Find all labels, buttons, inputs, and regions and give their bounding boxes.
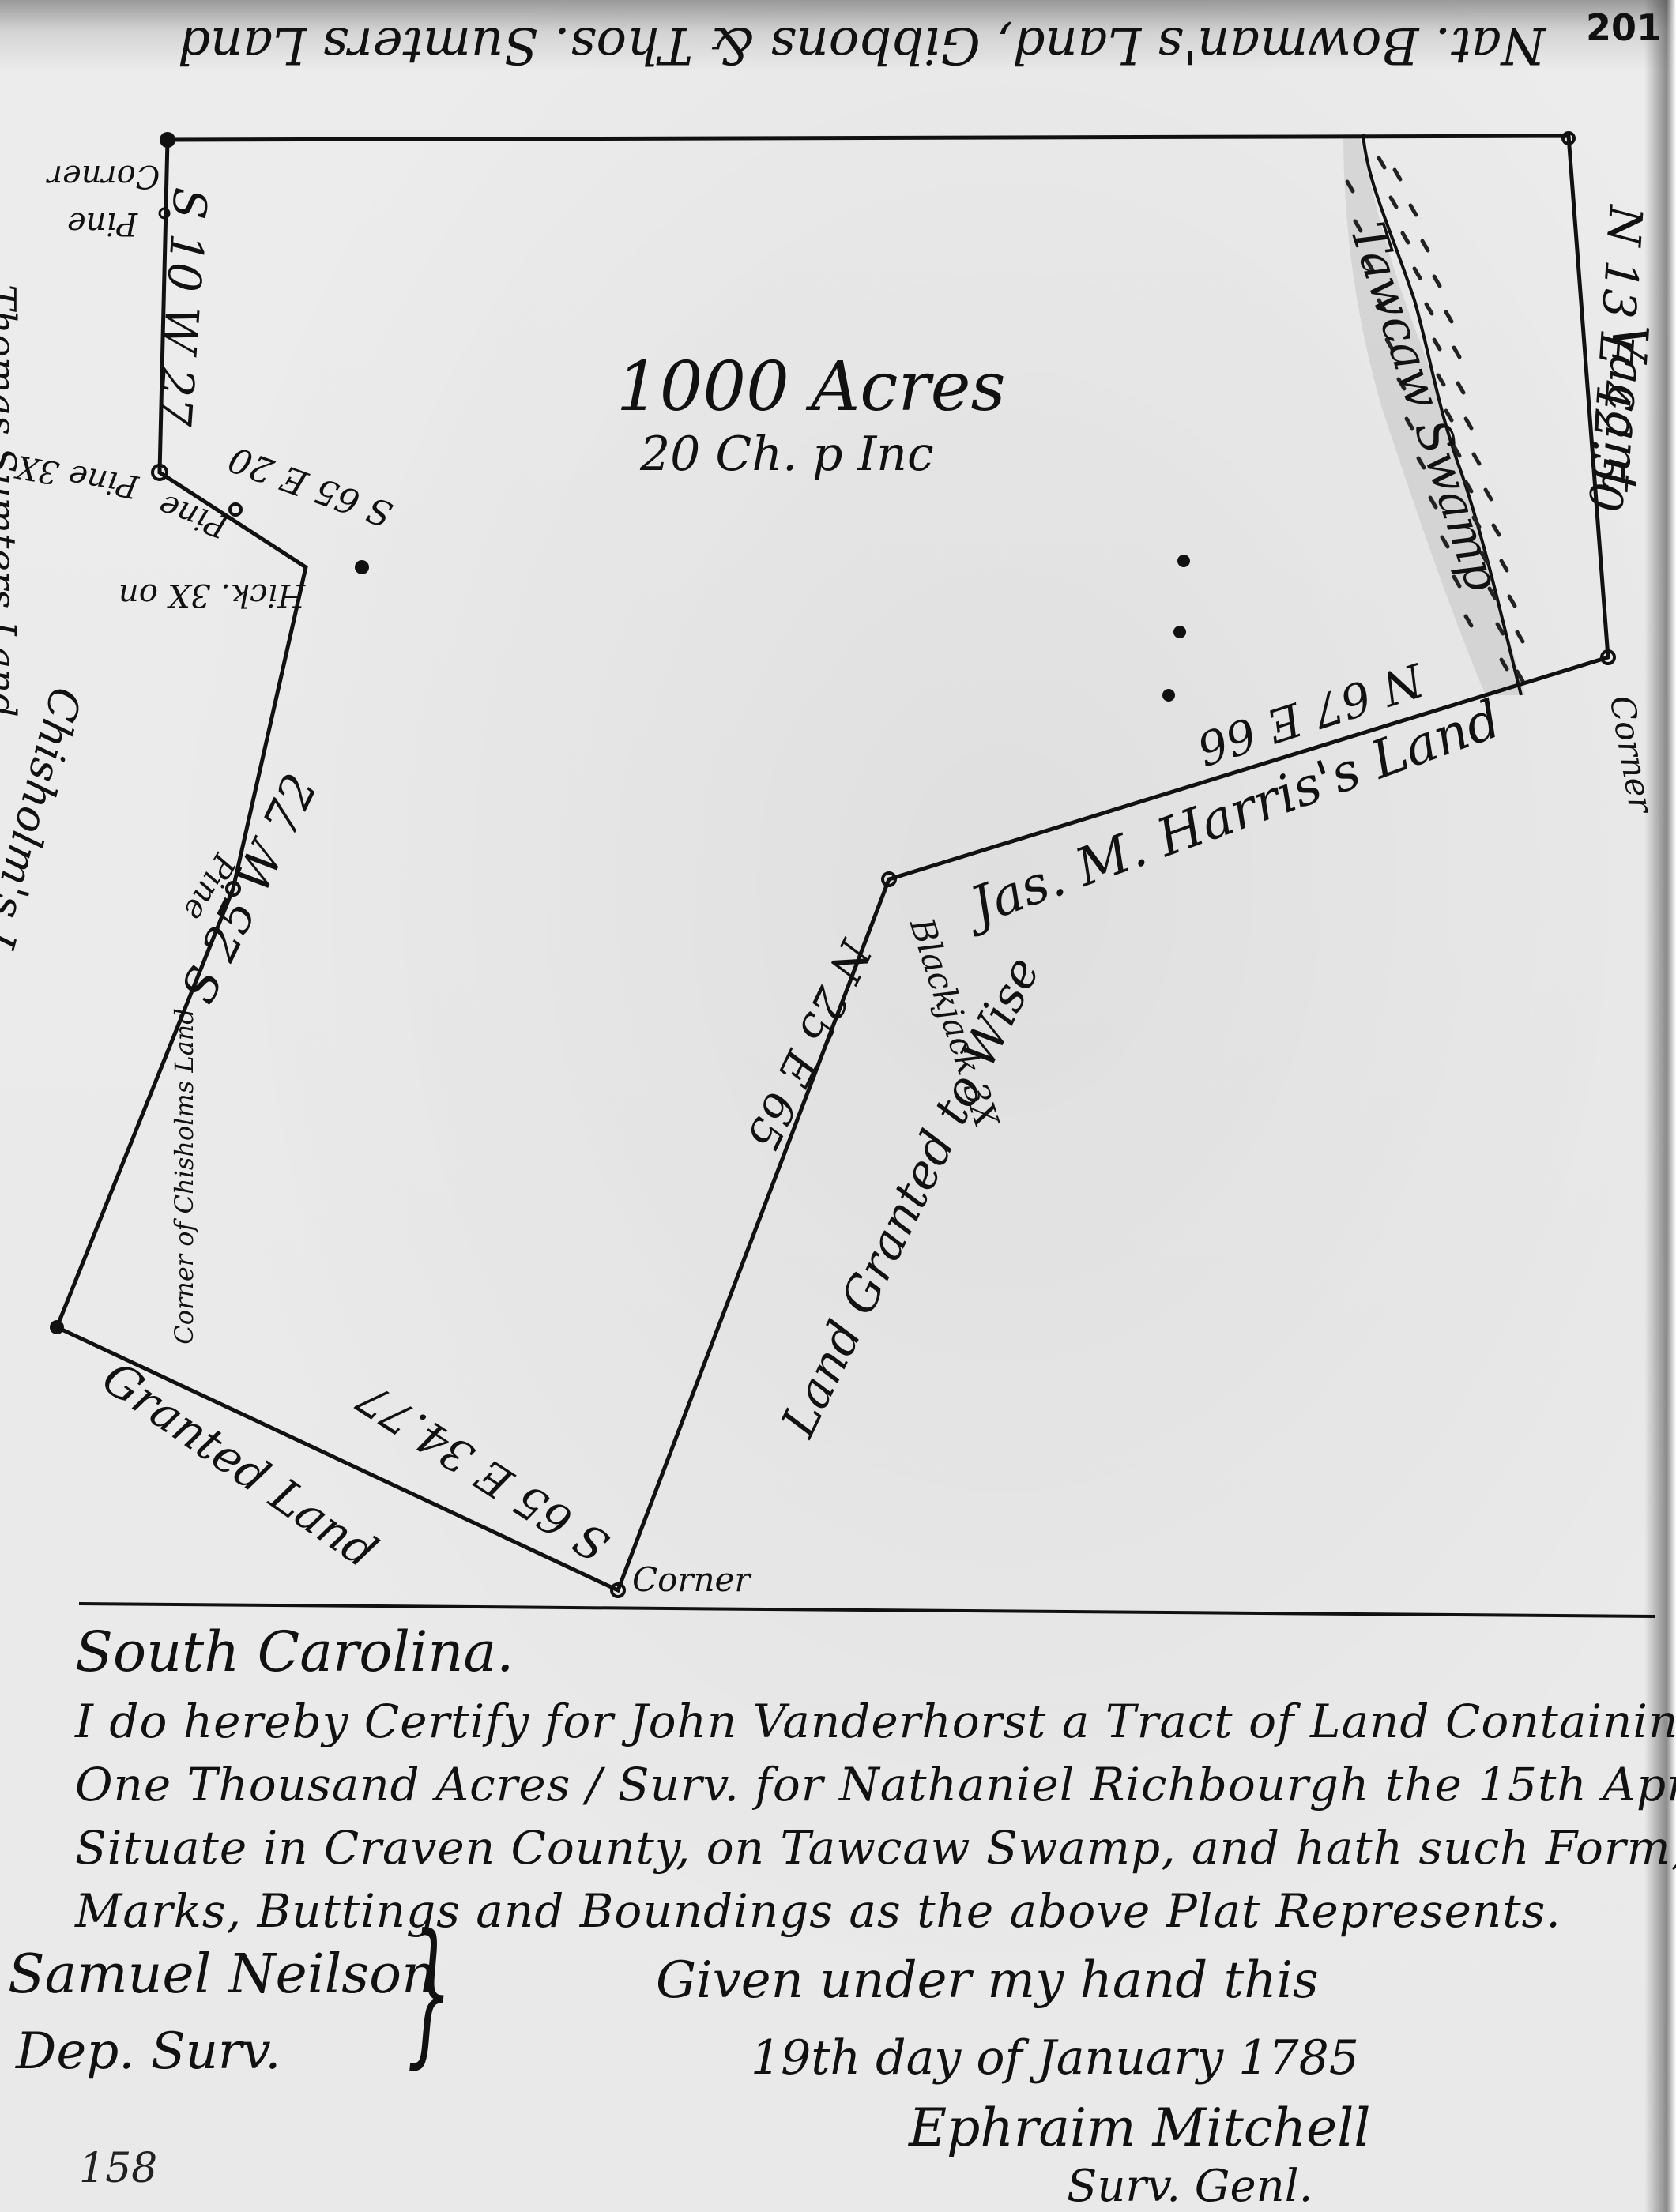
plat-bottom-rule bbox=[79, 1604, 1655, 1616]
page-number-bottom: 158 bbox=[79, 2145, 157, 2192]
given-under-hand: Given under my hand this bbox=[656, 1951, 1319, 2010]
surveyor-general-title: Surv. Genl. bbox=[1067, 2161, 1313, 2212]
surveyor-general-name: Ephraim Mitchell bbox=[909, 2097, 1370, 2158]
corner-marker-top-left bbox=[160, 132, 175, 148]
corner-marker-hickory bbox=[355, 560, 369, 574]
corner-label-pine-top: Pine bbox=[67, 205, 137, 242]
ink-dots bbox=[1162, 555, 1190, 702]
corner-label-bottom: Corner bbox=[632, 1560, 750, 1599]
plat-scale-label: 20 Ch. p Inc bbox=[640, 427, 934, 482]
neighbor-right-top-label: Vacant bbox=[1590, 322, 1659, 494]
document-page: 201 bbox=[0, 0, 1676, 2212]
neighbor-left-top-label: Thomas Sumters Land bbox=[0, 284, 24, 717]
corner-marker-chisholm bbox=[50, 1320, 64, 1334]
signature-brace-icon: } bbox=[407, 1902, 452, 2084]
certificate-line-3: Situate in Craven County, on Tawcaw Swam… bbox=[75, 1821, 1676, 1875]
corner-label-hickory: Hick. 3X on bbox=[119, 577, 305, 613]
certificate-line-4: Marks, Buttings and Boundings as the abo… bbox=[75, 1884, 1561, 1938]
corner-label-top-left: Corner bbox=[47, 158, 160, 194]
given-date: 19th day of January 1785 bbox=[751, 2030, 1359, 2086]
certificate-line-2: One Thousand Acres / Surv. for Nathaniel… bbox=[75, 1758, 1676, 1811]
deputy-surveyor-name: Samuel Neilson bbox=[8, 1943, 436, 2006]
neighbor-left-bottom-corner-label: Corner of Chisholms Land bbox=[169, 1008, 199, 1345]
deputy-surveyor-title: Dep. Surv. bbox=[16, 2022, 281, 2081]
plat-area-label: 1000 Acres bbox=[616, 348, 1006, 427]
certificate-heading: South Carolina. bbox=[75, 1619, 514, 1684]
neighbor-top-label: Nat. Bowman's Land, Gibbons & Thos. Sumt… bbox=[178, 16, 1546, 74]
certificate-line-1: I do hereby Certify for John Vanderhorst… bbox=[75, 1695, 1676, 1748]
